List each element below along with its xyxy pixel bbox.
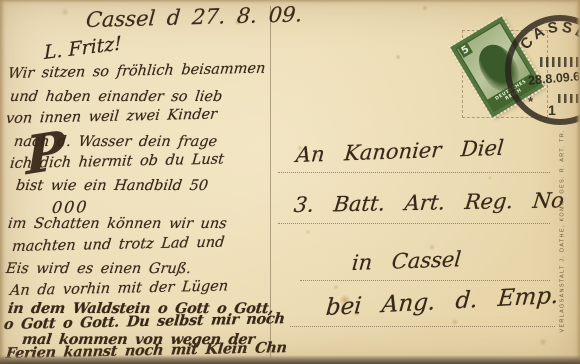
address-rule <box>290 326 555 327</box>
stamp-denomination: 5 <box>458 43 473 58</box>
message-line: An da vorhin mit der Lügen <box>9 278 229 299</box>
card-edge-top <box>0 0 580 3</box>
address-rule <box>278 172 550 173</box>
message-line: und haben einander so lieb <box>9 89 223 105</box>
card-edge-bottom <box>0 355 580 364</box>
postcard-scan: Cassel d 27. 8. 09. L. Fritz! P Wir sitz… <box>0 0 580 364</box>
address-rule <box>278 223 550 224</box>
handwritten-salutation: L. Fritz! <box>44 32 122 64</box>
message-line: von innen weil zwei Kinder <box>5 107 218 127</box>
svg-text:CASSEL: CASSEL <box>517 19 580 53</box>
postmark-star: * <box>528 94 534 109</box>
message-line: nach d. Wasser dein frage <box>13 134 218 150</box>
message-line: machten und trotz Lad und <box>11 235 225 255</box>
message-line: bist wie ein Handbild 50 <box>15 178 209 194</box>
address-line-2: 3. Batt. Art. Reg. No 11 <box>293 187 580 217</box>
message-line: Eis wird es einen Gruß. <box>5 261 192 277</box>
message-line: 000 <box>51 197 89 217</box>
card-edge-left <box>0 0 5 364</box>
postmark-town: CASSEL <box>517 19 580 53</box>
message-line: ich dich hiermit ob du Lust <box>9 151 225 172</box>
address-line-3: in Cassel <box>351 247 462 275</box>
publisher-imprint: VERLAGSANSTALT J. DATHE, KOMM. GES. R. A… <box>560 133 569 333</box>
postmark: CASSEL 28.8.09.6-7 * 1 S <box>498 2 580 142</box>
message-line: im Schatten können wir uns <box>7 216 228 232</box>
postmark-office-number: 1 <box>548 102 556 118</box>
postmark-date: 28.8.09.6-7 <box>528 68 580 87</box>
address-line-4: bei Ang. d. Emp. <box>325 283 560 321</box>
card-edge-right <box>576 0 580 364</box>
address-line-1: An Kanonier Diel <box>295 136 505 167</box>
address-rule <box>300 280 550 281</box>
